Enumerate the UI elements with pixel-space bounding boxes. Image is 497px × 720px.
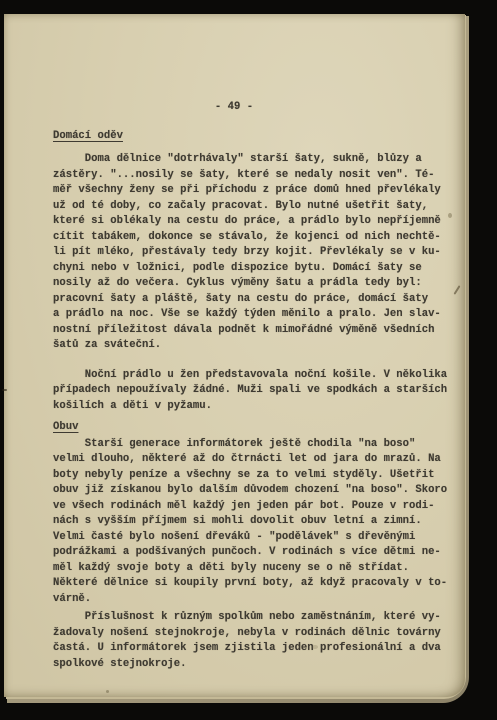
paragraph-domaci-odev-1: Doma dělnice "dotrhávaly" starší šaty, s… bbox=[53, 152, 453, 354]
paragraph-obuv-1: Starší generace informátorek ještě chodi… bbox=[53, 437, 453, 608]
document-page: - 49 - Domácí oděv Doma dělnice "dotrháv… bbox=[4, 14, 465, 697]
section-heading-obuv: Obuv bbox=[53, 420, 453, 436]
page-content: - 49 - Domácí oděv Doma dělnice "dotrháv… bbox=[53, 14, 453, 672]
paragraph-domaci-odev-2: Noční prádlo u žen představovala noční k… bbox=[53, 368, 453, 415]
page-number: - 49 - bbox=[53, 100, 415, 116]
section-heading-domaci-odev: Domácí oděv bbox=[53, 129, 453, 145]
paragraph-obuv-2: Příslušnost k různým spolkům nebo zaměst… bbox=[53, 610, 453, 672]
scanned-book-page: - 49 - Domácí oděv Doma dělnice "dotrháv… bbox=[0, 0, 497, 720]
